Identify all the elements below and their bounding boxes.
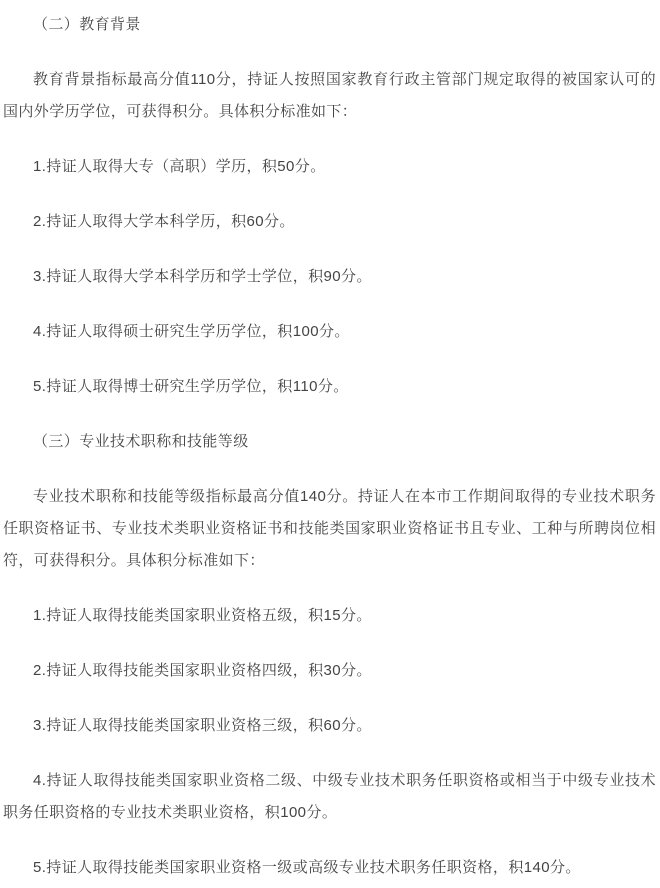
list-item: 2.持证人取得技能类国家职业资格四级，积30分。 bbox=[3, 655, 656, 687]
list-item: 4.持证人取得硕士研究生学历学位，积100分。 bbox=[3, 316, 656, 348]
section-intro-education-background: 教育背景指标最高分值110分，持证人按照国家教育行政主管部门规定取得的被国家认可… bbox=[3, 64, 656, 128]
list-item: 1.持证人取得大专（高职）学历，积50分。 bbox=[3, 151, 656, 183]
list-item: 3.持证人取得大学本科学历和学士学位，积90分。 bbox=[3, 261, 656, 293]
list-item: 5.持证人取得博士研究生学历学位，积110分。 bbox=[3, 371, 656, 403]
list-item: 2.持证人取得大学本科学历，积60分。 bbox=[3, 206, 656, 238]
list-item: 1.持证人取得技能类国家职业资格五级，积15分。 bbox=[3, 600, 656, 632]
list-item: 5.持证人取得技能类国家职业资格一级或高级专业技术职务任职资格，积140分。 bbox=[3, 852, 656, 884]
section-professional-titles: （三）专业技术职称和技能等级 专业技术职称和技能等级指标最高分值140分。持证人… bbox=[3, 426, 656, 884]
section-heading-education-background: （二）教育背景 bbox=[3, 9, 656, 41]
list-item: 4.持证人取得技能类国家职业资格二级、中级专业技术职务任职资格或相当于中级专业技… bbox=[3, 765, 656, 829]
list-item: 3.持证人取得技能类国家职业资格三级，积60分。 bbox=[3, 710, 656, 742]
section-education-background: （二）教育背景 教育背景指标最高分值110分，持证人按照国家教育行政主管部门规定… bbox=[3, 9, 656, 403]
section-intro-professional-titles: 专业技术职称和技能等级指标最高分值140分。持证人在本市工作期间取得的专业技术职… bbox=[3, 481, 656, 577]
document-page: （二）教育背景 教育背景指标最高分值110分，持证人按照国家教育行政主管部门规定… bbox=[0, 0, 660, 888]
section-heading-professional-titles: （三）专业技术职称和技能等级 bbox=[3, 426, 656, 458]
